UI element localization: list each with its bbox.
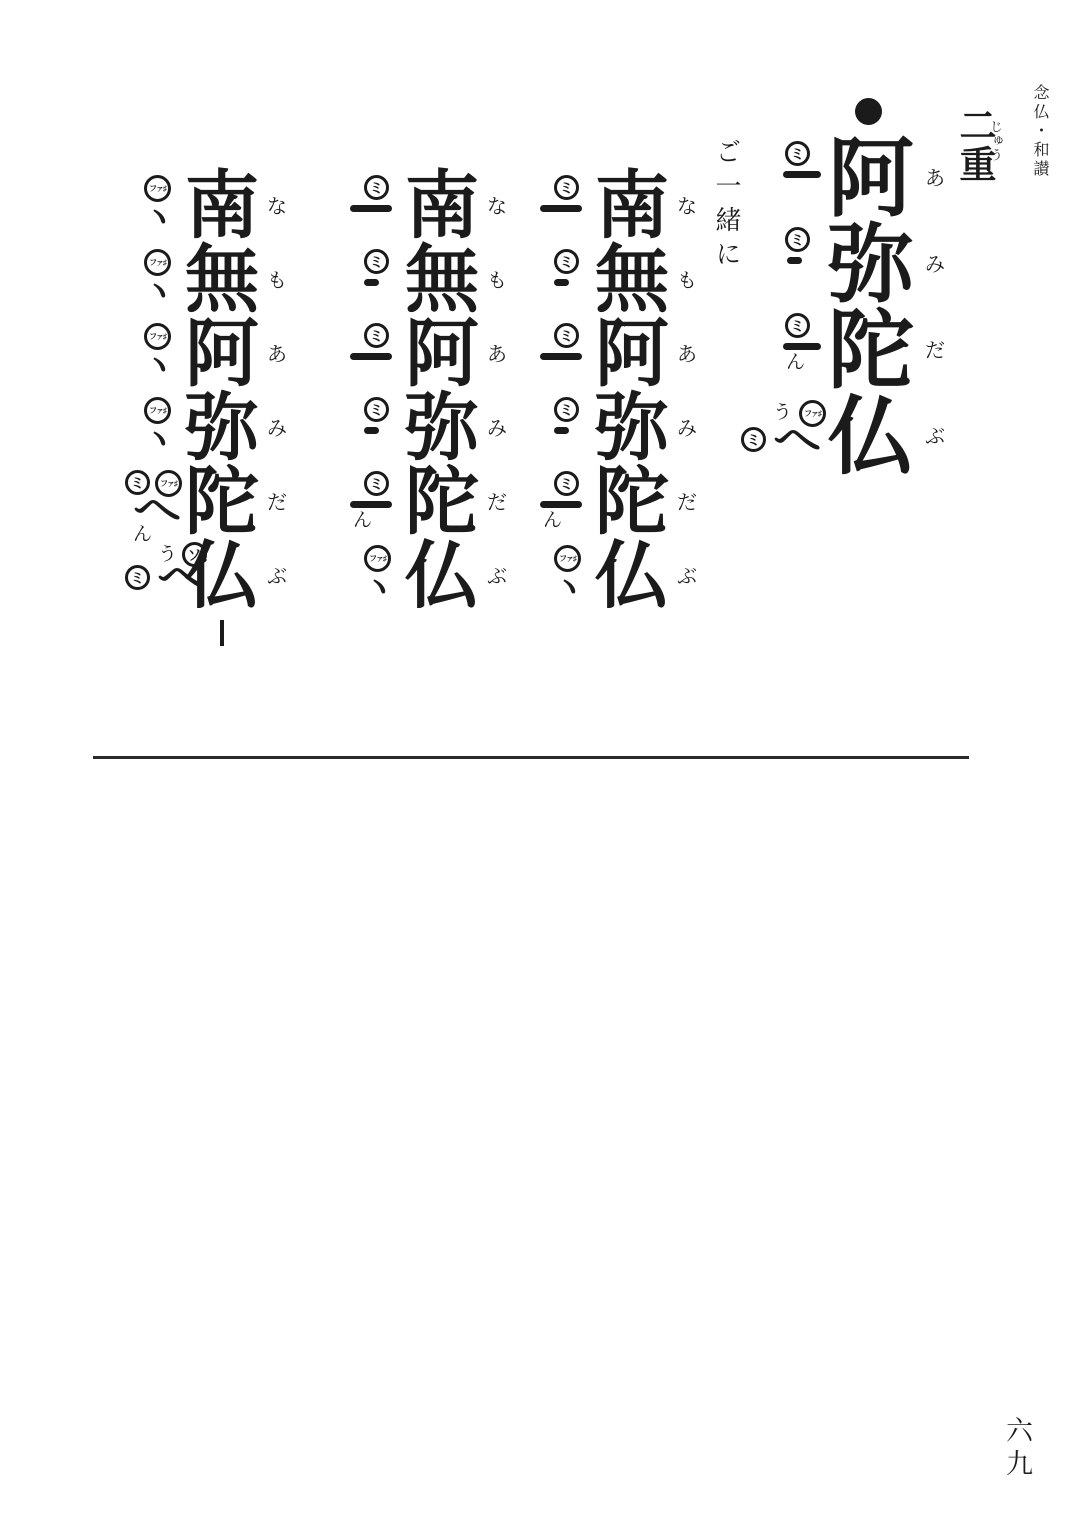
chant-kanji: 無 <box>177 242 267 320</box>
chant-kanji: 弥 <box>587 390 677 468</box>
pitch-circle-fa-sharp-icon: ファ♯ <box>144 397 171 424</box>
furigana: な <box>677 197 697 217</box>
chant-char-cell: ミ無も <box>345 244 507 318</box>
pitch-circle-label: ファ♯ <box>149 407 166 415</box>
sustain-bar-short <box>554 279 569 286</box>
chant-kanji: 陀 <box>821 306 921 396</box>
sustain-bar-long <box>350 501 392 508</box>
chant-char-cell: ファ♯ヽ無も <box>125 244 287 318</box>
pitch-marks: ミ <box>540 397 590 434</box>
sustain-bar-short <box>364 427 379 434</box>
chant-char-cell: ミ弥み <box>775 222 947 308</box>
furigana: み <box>677 419 697 439</box>
pitch-circle-label: ミ <box>131 571 145 585</box>
pitch-marks: ミん <box>350 471 400 531</box>
chant-char-cell: ミ無も <box>535 244 697 318</box>
pitch-circle-label: ミ <box>560 329 574 343</box>
pitch-circle-label: ミ <box>747 433 761 447</box>
pitch-circle-mi-icon: ミ <box>554 471 579 496</box>
chant-char-cell: ミ阿あ <box>535 318 697 392</box>
chant-char-cell: ファ♯ヽ阿あ <box>125 318 287 392</box>
pitch-circle-mi-icon: ミ <box>364 249 389 274</box>
pitch-circle-label: ミ <box>370 403 384 417</box>
section-furigana: じゅう <box>986 120 1005 162</box>
pitch-marks: ミ <box>540 175 590 212</box>
furigana: ぶ <box>925 427 945 447</box>
furigana: も <box>487 271 507 291</box>
pitch-circle-label: ミ <box>791 147 805 161</box>
furigana: あ <box>677 345 697 365</box>
bullet-marker-icon <box>855 98 882 125</box>
furigana: だ <box>267 493 287 513</box>
pitch-kana-n: ん <box>543 511 590 531</box>
furigana: も <box>267 271 287 291</box>
chant-kanji: 弥 <box>821 220 921 310</box>
trailing-sustain-bar <box>220 620 224 646</box>
pitch-circle-mi-icon: ミ <box>364 397 389 422</box>
sustain-bar-long <box>540 205 582 212</box>
pitch-circle-label: ファ♯ <box>160 480 177 488</box>
chant-kanji: 陀 <box>177 464 267 542</box>
furigana: み <box>487 419 507 439</box>
pitch-marks: ファ♯ヽ <box>130 397 180 456</box>
chant-char-cell: ミ南な <box>345 170 507 244</box>
chant-column-line-1: ミ阿あミ弥みミん陀だうファ♯ミへ仏ぶ <box>775 96 947 480</box>
pitch-circle-mi-icon: ミ <box>125 565 150 590</box>
pitch-tick-mark: ヽ <box>552 574 590 604</box>
pitch-marks: ファ♯ヽ <box>130 323 180 382</box>
chant-kanji: 阿 <box>821 134 921 224</box>
pitch-circle-fa-sharp-icon: ファ♯ <box>144 323 171 350</box>
furigana: な <box>267 197 287 217</box>
melisma-mark: へ <box>773 425 822 455</box>
pitch-circle-mi-icon: ミ <box>554 249 579 274</box>
chant-kanji: 南 <box>587 168 677 246</box>
pitch-marks: ミ <box>350 323 400 360</box>
furigana: だ <box>487 493 507 513</box>
section-heading: 二重 じゅう <box>946 106 1006 206</box>
pitch-marks: ミ <box>540 323 590 360</box>
footer-rule <box>93 756 969 759</box>
pitch-circle-fa-sharp-icon: ファ♯ <box>554 545 581 572</box>
furigana: も <box>677 271 697 291</box>
furigana: ぶ <box>267 567 287 587</box>
page-header-title: 念仏・和讃 <box>1028 84 1051 179</box>
pitch-circle-fa-sharp-icon: ファ♯ <box>144 175 171 202</box>
melisma-mark: へ <box>133 495 182 525</box>
sustain-bar-short <box>787 257 802 264</box>
sustain-bar-long <box>350 205 392 212</box>
chant-char-cell: ファ♯ヽ南な <box>125 170 287 244</box>
furigana: ぶ <box>677 567 697 587</box>
pitch-circle-label: ファ♯ <box>369 555 386 563</box>
furigana: あ <box>267 345 287 365</box>
chant-char-cell: ファ♯ヽ仏ぶ <box>535 540 697 614</box>
chant-char-cell: うソミへ仏ぶ <box>125 540 287 614</box>
furigana: み <box>925 255 945 275</box>
pitch-tick-mark: ヽ <box>142 204 180 234</box>
pitch-circle-label: ミ <box>370 255 384 269</box>
pitch-circle-label: ミ <box>560 477 574 491</box>
pitch-circle-label: ファ♯ <box>149 185 166 193</box>
chant-kanji: 仏 <box>821 392 921 482</box>
pitch-circle-label: ミ <box>560 403 574 417</box>
chant-char-cell: ミ阿あ <box>775 136 947 222</box>
pitch-circle-label: ミ <box>370 477 384 491</box>
bullet-cell <box>775 96 947 136</box>
pitch-marks: ミ <box>350 175 400 212</box>
group-note: ご一緒に <box>708 138 745 274</box>
chant-kanji: 阿 <box>587 316 677 394</box>
pitch-marks: ファ♯ヽ <box>130 249 180 308</box>
pitch-marks: ファ♯ヽ <box>350 545 400 604</box>
pitch-circle-mi-icon: ミ <box>364 323 389 348</box>
pitch-circle-mi-icon: ミ <box>785 227 810 252</box>
pitch-marks: ミん <box>540 471 590 531</box>
furigana: な <box>487 197 507 217</box>
pitch-kana-n: ん <box>353 511 400 531</box>
chant-kanji: 南 <box>177 168 267 246</box>
chant-kanji: 陀 <box>587 464 677 542</box>
chant-char-cell: ミ弥み <box>535 392 697 466</box>
chant-char-cell: ファ♯ヽ弥み <box>125 392 287 466</box>
sustain-bar-long <box>540 353 582 360</box>
sustain-bar-long <box>540 501 582 508</box>
chant-char-cell: ミファ♯へん陀だ <box>125 466 287 540</box>
pitch-marks: ミ <box>350 397 400 434</box>
chant-kanji: 仏 <box>397 538 487 616</box>
pitch-circle-label: ミ <box>791 233 805 247</box>
furigana: み <box>267 419 287 439</box>
chant-column-line-2: ミ南なミ無もミ阿あミ弥みミん陀だファ♯ヽ仏ぶ <box>535 170 697 614</box>
pitch-marks: ファ♯ヽ <box>130 175 180 234</box>
pitch-circle-mi-icon: ミ <box>364 471 389 496</box>
sustain-bar-long <box>783 171 821 178</box>
pitch-circle-fa-sharp-icon: ファ♯ <box>364 545 391 572</box>
pitch-circle-mi-icon: ミ <box>554 323 579 348</box>
chant-kanji: 弥 <box>397 390 487 468</box>
chant-kanji: 陀 <box>397 464 487 542</box>
pitch-circle-mi-icon: ミ <box>785 313 810 338</box>
chant-char-cell: ミ阿あ <box>345 318 507 392</box>
furigana: だ <box>677 493 697 513</box>
pitch-marks: ミ <box>350 249 400 286</box>
pitch-circle-label: ミ <box>560 181 574 195</box>
pitch-circle-mi-icon: ミ <box>741 427 766 452</box>
chant-kanji: 南 <box>397 168 487 246</box>
pitch-tick-mark: ヽ <box>142 278 180 308</box>
pitch-marks: ファ♯ヽ <box>540 545 590 604</box>
chant-kanji: 無 <box>397 242 487 320</box>
pitch-circle-label: ファ♯ <box>804 410 821 418</box>
pitch-circle-mi-icon: ミ <box>785 141 810 166</box>
chant-kanji: 無 <box>587 242 677 320</box>
chant-char-cell: ミん陀だ <box>535 466 697 540</box>
chant-kanji: 阿 <box>177 316 267 394</box>
chant-char-cell: ミん陀だ <box>345 466 507 540</box>
pitch-circle-mi-icon: ミ <box>554 175 579 200</box>
pitch-row: ミへ <box>739 427 829 455</box>
pitch-circle-label: ミ <box>370 329 384 343</box>
chant-char-cell: ミ弥み <box>345 392 507 466</box>
chant-column-line-4: ファ♯ヽ南なファ♯ヽ無もファ♯ヽ阿あファ♯ヽ弥みミファ♯へん陀だうソミへ仏ぶ <box>125 170 287 646</box>
pitch-circle-label: ファ♯ <box>149 259 166 267</box>
pitch-tick-mark: ヽ <box>142 352 180 382</box>
pitch-marks: うファ♯ミへ <box>739 400 829 455</box>
chant-char-cell: うファ♯ミへ仏ぶ <box>775 394 947 480</box>
chant-char-cell: ファ♯ヽ仏ぶ <box>345 540 507 614</box>
pitch-circle-label: ミ <box>370 181 384 195</box>
pitch-circle-label: ミ <box>791 319 805 333</box>
sustain-bar-long <box>350 353 392 360</box>
sustain-bar-short <box>364 279 379 286</box>
pitch-circle-mi-icon: ミ <box>364 175 389 200</box>
pitch-circle-label: ミ <box>560 255 574 269</box>
pitch-tick-mark: ヽ <box>362 574 400 604</box>
pitch-circle-label: ファ♯ <box>559 555 576 563</box>
chant-char-cell: ミん陀だ <box>775 308 947 394</box>
chant-kanji: 仏 <box>177 538 267 616</box>
furigana: あ <box>487 345 507 365</box>
page: 念仏・和讃 二重 じゅう ご一緒に ミ阿あミ弥みミん陀だうファ♯ミへ仏ぶミ南なミ… <box>0 0 1075 1518</box>
chant-kanji: 弥 <box>177 390 267 468</box>
pitch-circle-label: ファ♯ <box>149 333 166 341</box>
chant-column-line-3: ミ南なミ無もミ阿あミ弥みミん陀だファ♯ヽ仏ぶ <box>345 170 507 614</box>
pitch-circle-mi-icon: ミ <box>554 397 579 422</box>
furigana: あ <box>925 169 945 189</box>
page-number: 六九 <box>998 1416 1037 1482</box>
sustain-bar-short <box>554 427 569 434</box>
chant-kanji: 仏 <box>587 538 677 616</box>
pitch-tick-mark: ヽ <box>142 426 180 456</box>
pitch-marks: ミ <box>540 249 590 286</box>
furigana: だ <box>925 341 945 361</box>
chant-kanji: 阿 <box>397 316 487 394</box>
pitch-circle-fa-sharp-icon: ファ♯ <box>144 249 171 276</box>
chant-char-cell: ミ南な <box>535 170 697 244</box>
pitch-circle-label: ミ <box>131 476 145 490</box>
sustain-bar-long <box>783 343 821 350</box>
furigana: ぶ <box>487 567 507 587</box>
